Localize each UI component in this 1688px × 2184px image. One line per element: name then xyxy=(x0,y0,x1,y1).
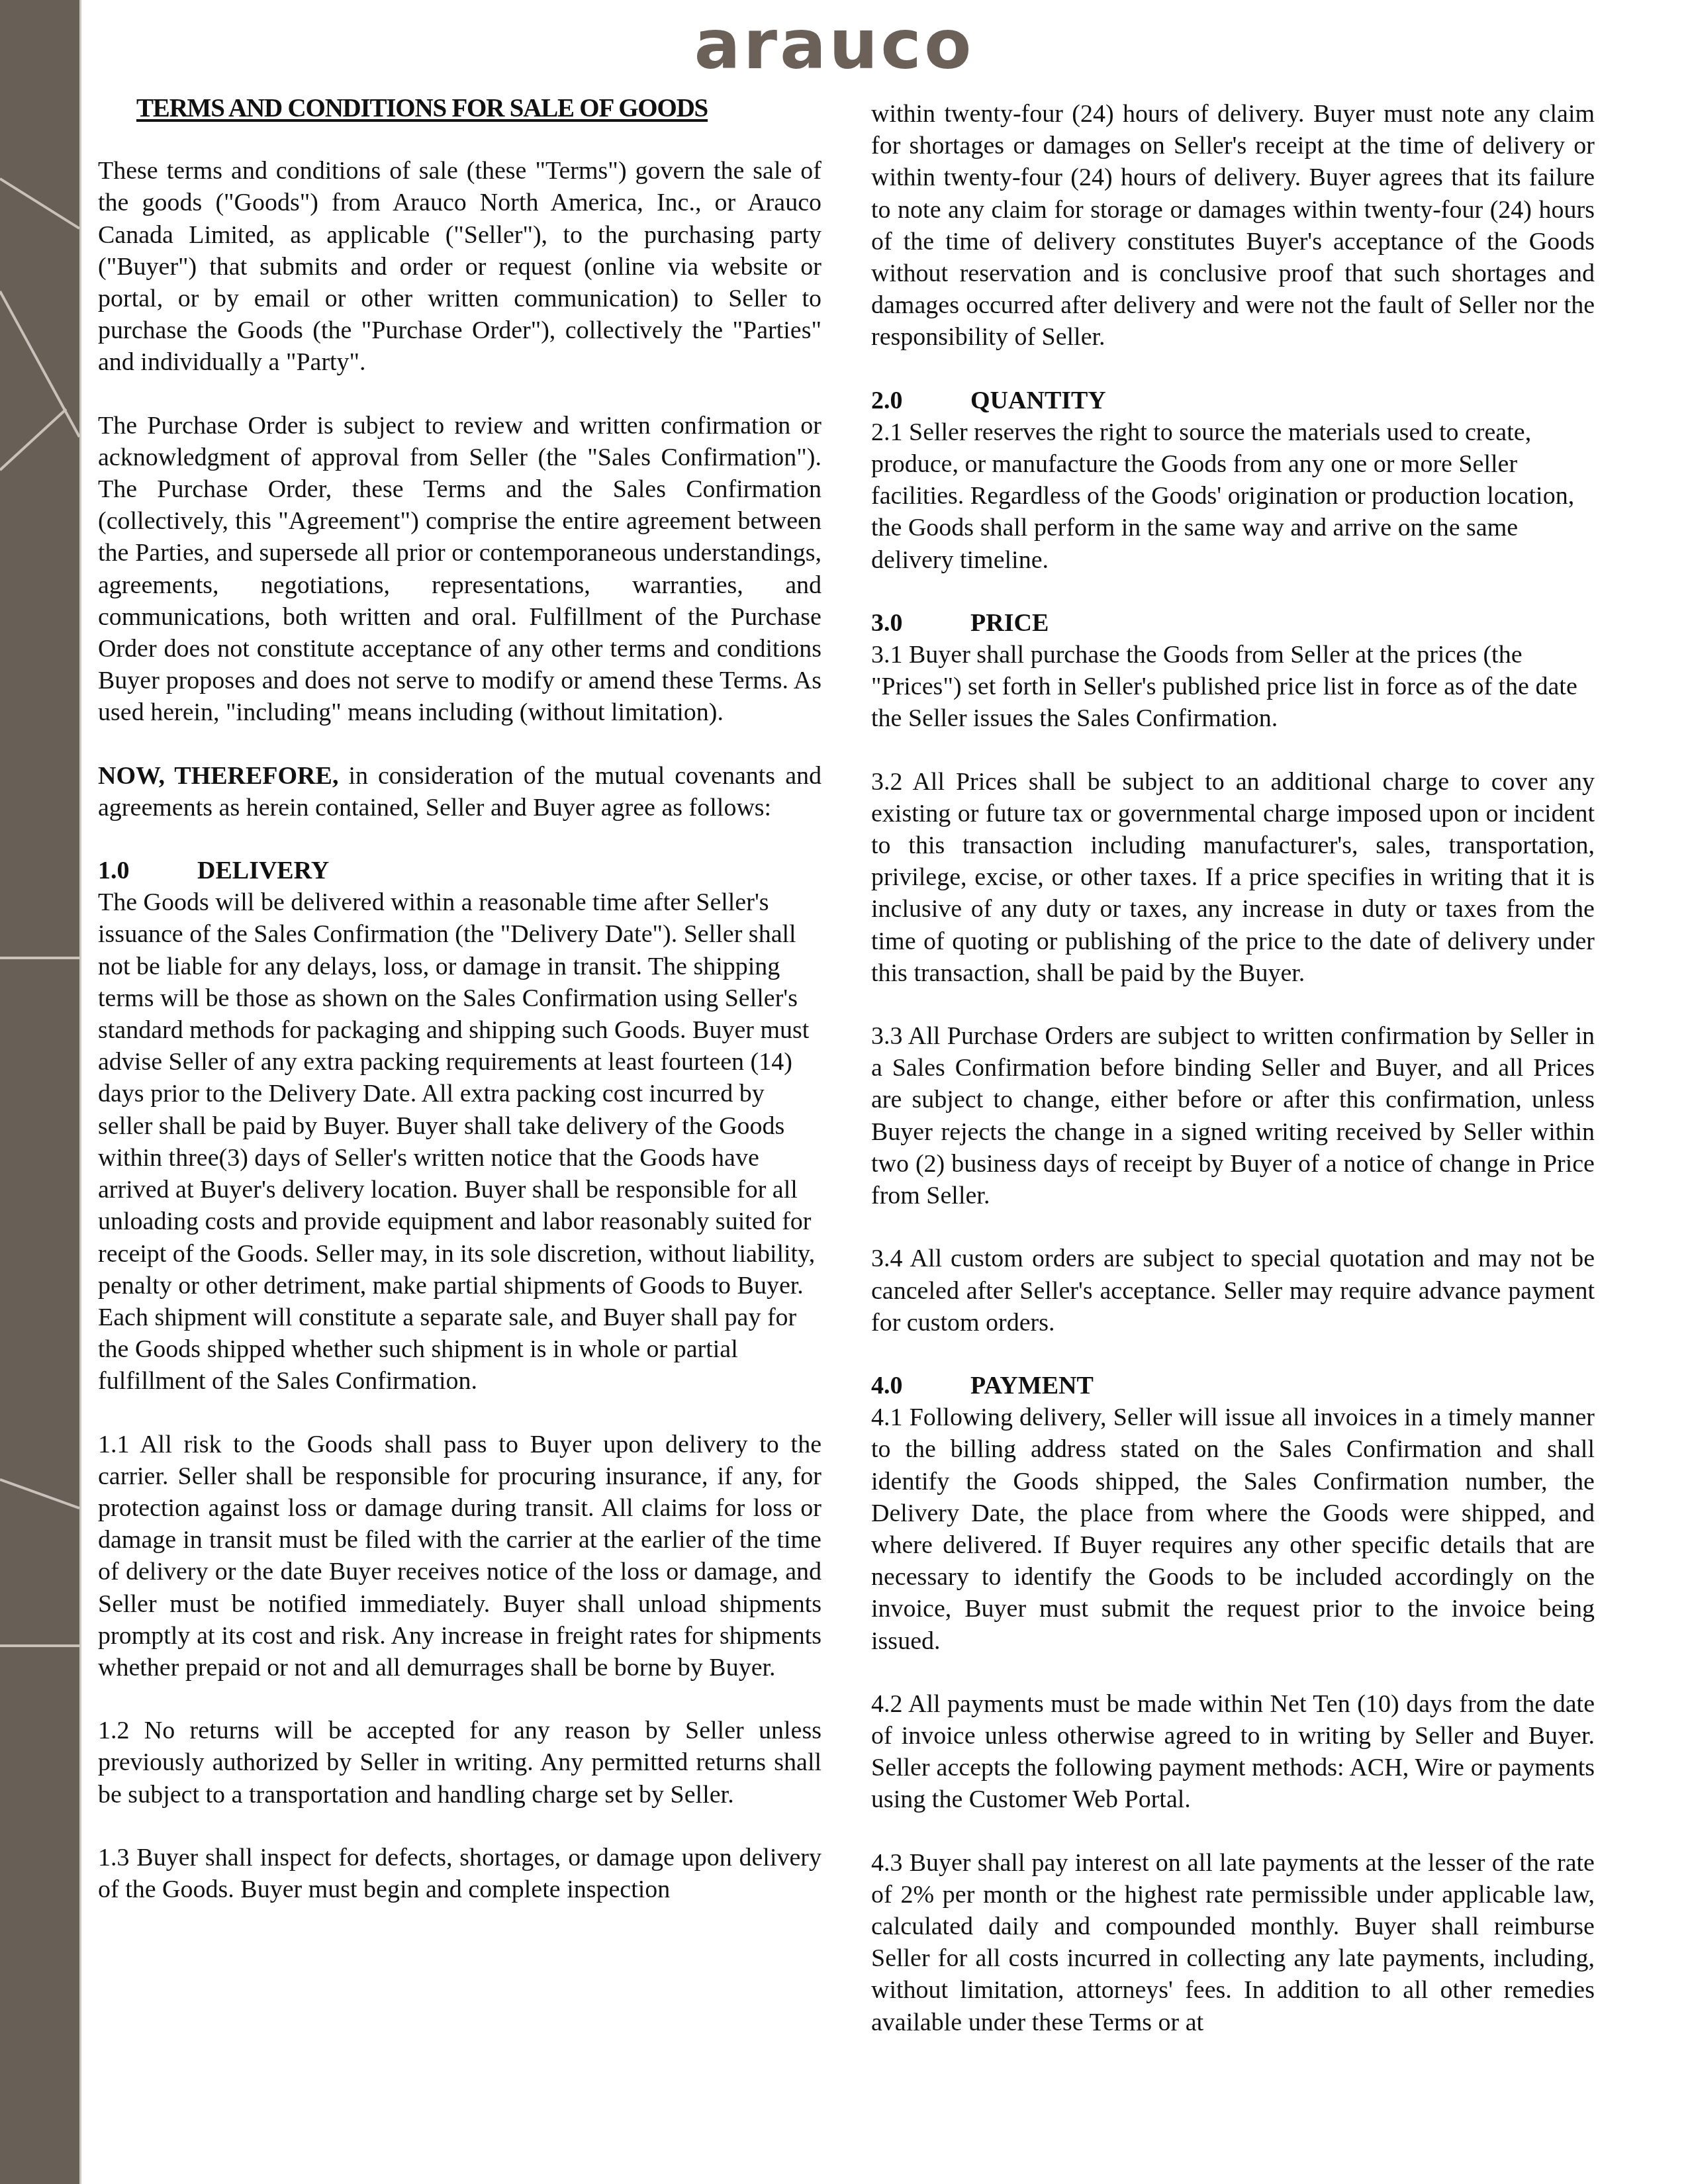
section-title: PAYMENT xyxy=(970,1372,1094,1400)
clause-3-3: 3.3 All Purchase Orders are subject to w… xyxy=(871,1020,1595,1211)
clause-3-2: 3.2 All Prices shall be subject to an ad… xyxy=(871,766,1595,989)
clause-1-1: 1.1 All risk to the Goods shall pass to … xyxy=(98,1429,821,1684)
section-number: 4.0 xyxy=(871,1370,970,1401)
clause-4-1: 4.1 Following delivery, Seller will issu… xyxy=(871,1401,1595,1657)
section-heading-price: 3.0PRICE xyxy=(871,607,1595,639)
section-title: QUANTITY xyxy=(970,387,1106,414)
decorative-sidebar xyxy=(0,0,81,2184)
clause-1-3-continuation: within twenty-four (24) hours of deliver… xyxy=(871,98,1595,354)
section-title: PRICE xyxy=(970,609,1049,637)
now-therefore-paragraph: NOW, THEREFORE, in consideration of the … xyxy=(98,760,821,824)
section-heading-payment: 4.0PAYMENT xyxy=(871,1370,1595,1401)
clause-4-3: 4.3 Buyer shall pay interest on all late… xyxy=(871,1847,1595,2038)
clause-1-3: 1.3 Buyer shall inspect for defects, sho… xyxy=(98,1842,821,1905)
clause-1-2: 1.2 No returns will be accepted for any … xyxy=(98,1715,821,1811)
clause-4-2: 4.2 All payments must be made within Net… xyxy=(871,1688,1595,1816)
now-therefore-lead: NOW, THEREFORE, xyxy=(98,762,338,790)
section-heading-delivery: 1.0DELIVERY xyxy=(98,855,821,886)
section-number: 3.0 xyxy=(871,607,970,639)
right-column: within twenty-four (24) hours of deliver… xyxy=(871,98,1595,2038)
intro-paragraph-2: The Purchase Order is subject to review … xyxy=(98,410,821,729)
clause-3-1: 3.1 Buyer shall purchase the Goods from … xyxy=(871,639,1595,735)
section-heading-quantity: 2.0QUANTITY xyxy=(871,385,1595,416)
geometric-lines-pattern xyxy=(0,0,79,2184)
section-number: 2.0 xyxy=(871,385,970,416)
left-column: TERMS AND CONDITIONS FOR SALE OF GOODS T… xyxy=(98,93,821,1905)
delivery-intro: The Goods will be delivered within a rea… xyxy=(98,886,821,1397)
intro-paragraph-1: These terms and conditions of sale (thes… xyxy=(98,155,821,378)
clause-3-4: 3.4 All custom orders are subject to spe… xyxy=(871,1243,1595,1339)
section-number: 1.0 xyxy=(98,855,197,886)
arauco-logo: arauco xyxy=(662,15,1006,74)
clause-2-1: 2.1 Seller reserves the right to source … xyxy=(871,416,1595,576)
section-title: DELIVERY xyxy=(197,857,329,884)
document-title: TERMS AND CONDITIONS FOR SALE OF GOODS xyxy=(136,93,821,124)
